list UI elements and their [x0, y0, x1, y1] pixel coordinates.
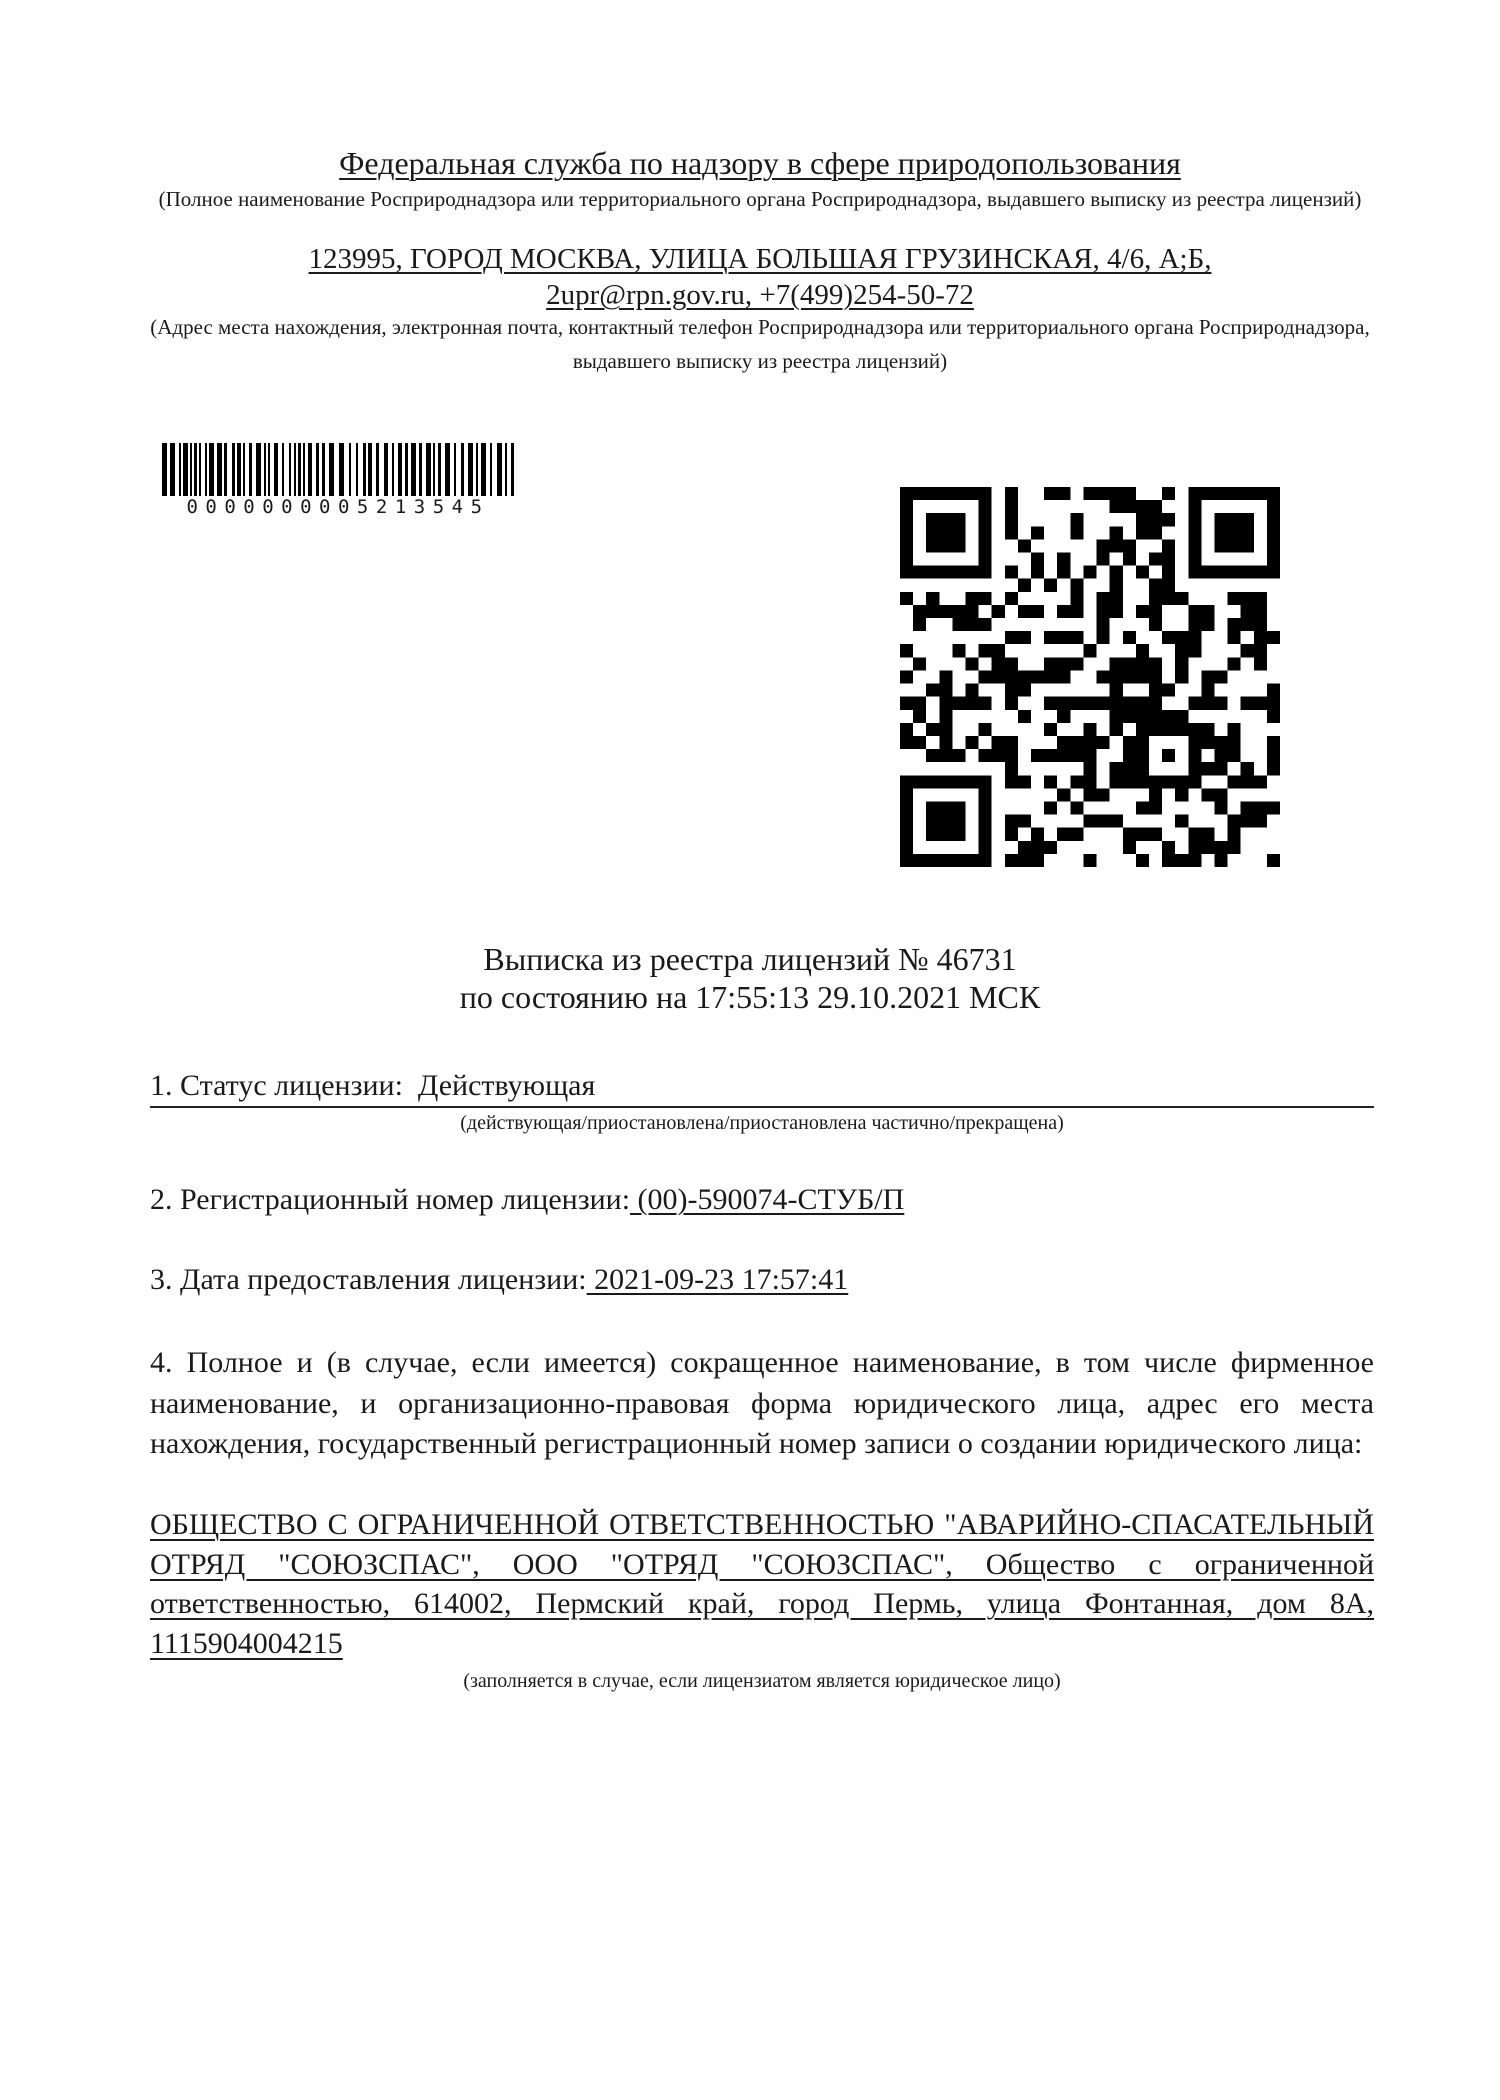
reg-number-value: (00)-590074-СТУБ/П — [630, 1183, 904, 1216]
license-status-value: Действующая — [418, 1069, 595, 1102]
license-reg-number: 2. Регистрационный номер лицензии: (00)-… — [150, 1182, 1370, 1218]
authority-address: 123995, ГОРОД МОСКВА, УЛИЦА БОЛЬШАЯ ГРУЗ… — [140, 242, 1380, 276]
authority-name: Федеральная служба по надзору в сфере пр… — [339, 145, 1181, 181]
authority-address-hint: (Адрес места нахождения, электронная поч… — [140, 310, 1380, 378]
qr-code-icon — [900, 487, 1280, 867]
authority-address-line1: 123995, ГОРОД МОСКВА, УЛИЦА БОЛЬШАЯ ГРУЗ… — [309, 243, 1212, 275]
extract-title: Выписка из реестра лицензий № 46731 — [300, 940, 1200, 978]
legal-entity-hint: (заполняется в случае, если лицензиатом … — [150, 1668, 1374, 1694]
authority-name-hint: (Полное наименование Росприроднадзора ил… — [140, 184, 1380, 214]
extract-as-of: по состоянию на 17:55:13 29.10.2021 МСК — [300, 978, 1200, 1016]
authority-contacts: 2upr@rpn.gov.ru, +7(499)254-50-72 — [140, 278, 1380, 312]
license-status-hint: (действующая/приостановлена/приостановле… — [150, 1110, 1374, 1136]
license-status: 1. Статус лицензии: Действующая — [150, 1068, 1370, 1104]
license-issue-date: 3. Дата предоставления лицензии: 2021-09… — [150, 1262, 1370, 1298]
status-underline — [150, 1106, 1374, 1108]
license-status-label: 1. Статус лицензии: — [150, 1069, 403, 1102]
issue-date-label: 3. Дата предоставления лицензии: — [150, 1263, 587, 1296]
reg-number-label: 2. Регистрационный номер лицензии: — [150, 1183, 630, 1216]
authority-address-line2: 2upr@rpn.gov.ru, +7(499)254-50-72 — [546, 279, 974, 311]
barcode-number: 0000000005213545 — [160, 496, 516, 518]
legal-entity-label: 4. Полное и (в случае, если имеется) сок… — [150, 1343, 1374, 1465]
barcode-icon — [162, 443, 514, 496]
legal-entity-value: ОБЩЕСТВО С ОГРАНИЧЕННОЙ ОТВЕТСТВЕННОСТЬЮ… — [150, 1505, 1374, 1663]
issue-date-value: 2021-09-23 17:57:41 — [587, 1263, 849, 1296]
authority-header: Федеральная служба по надзору в сфере пр… — [140, 145, 1380, 181]
